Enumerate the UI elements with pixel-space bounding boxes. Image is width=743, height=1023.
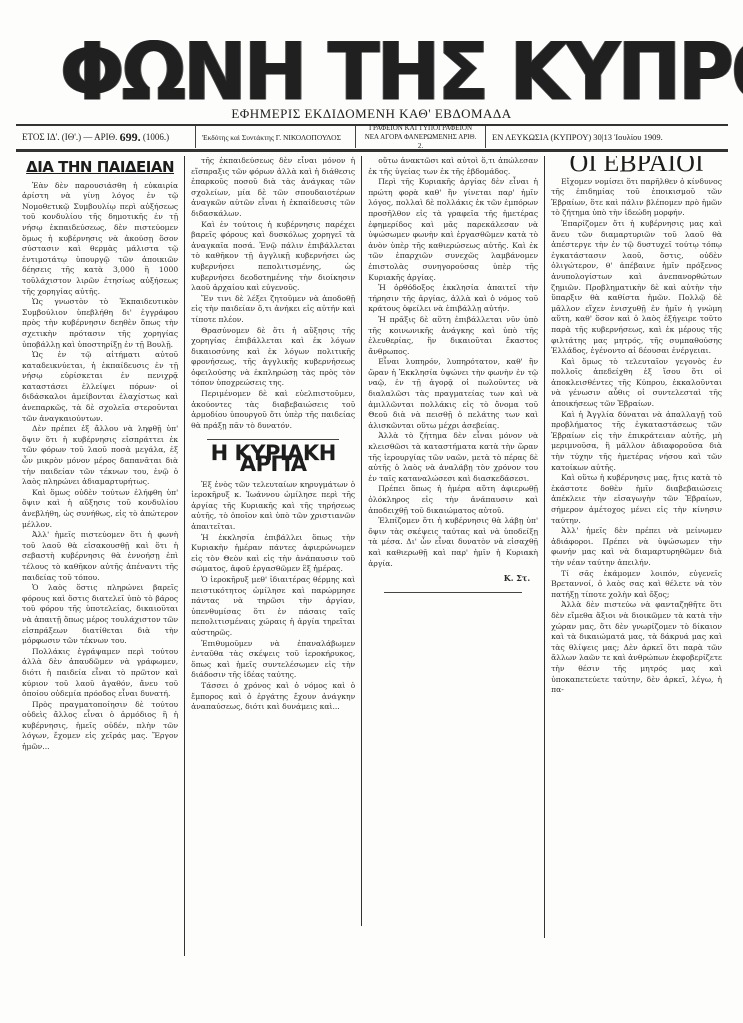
issue-info-bar: ΕΤΟΣ ΙΔ'. (ΙΘ'.) — ΑΡΙΘ. 699. (1006.) Ἐκ…	[16, 126, 728, 148]
paragraph: Εἶναι λυπηρόν, λυπηρότατον, καθ' ἣν ὥραν…	[368, 357, 538, 431]
paragraph: Ἐλπίζομεν ὅτι ἡ κυβέρνησις θὰ λάβῃ ὑπ' ὄ…	[368, 516, 538, 569]
column-3: οὕτω ἀνακτῶσι καὶ αὐτοὶ ὅ,τι ἀπώλεσαν ἐκ…	[362, 156, 545, 938]
article-paideia-continued: τῆς ἐκπαιδεύσεως δὲν εἶναι μόνον ἡ εἴσπρ…	[191, 156, 355, 431]
author-signature: Κ. Στ.	[368, 573, 530, 584]
paragraph: Πρὸς πραγματοποίησιν δὲ τούτου οὐδεὶς ἄλ…	[22, 700, 178, 753]
column-europaioi	[560, 156, 728, 1016]
office-line-2: ΝΕΑ ΑΓΟΡΑ ΦΑΝΕΡΩΜΕΝΗΣ ΑΡΙΘ. 2.	[362, 133, 479, 151]
paragraph: Καὶ ἐν τούτοις ἡ κυβέρνησις παρέχει βαρε…	[191, 220, 355, 294]
newspaper-page: ΦΩΝΗ ΤΗΣ ΚΥΠΡΟΥ ΕΦΗΜΕΡΙΣ ΕΚΔΙΔΟΜΕΝΗ ΚΑΘ'…	[0, 0, 743, 1023]
headline-kyriaki-argia: Η ΚΥΡΙΑΚΗ ΑΡΓΙΑ	[191, 448, 355, 469]
office-line-1: ΓΡΑΦΕΙΟΝ ΚΑΙ ΤΥΠΟΓΡΑΦΕΙΟΝ	[369, 124, 472, 133]
paragraph: Ὡς ἐν τῷ αἰτήματι αὐτοῦ καταδεικνύεται, …	[22, 350, 178, 424]
paragraph: Ἀλλ' ἡμεῖς πιστεύομεν ὅτι ἡ φωνὴ τοῦ λαο…	[22, 530, 178, 583]
paragraph: Περὶ τῆς Κυριακῆς ἀργίας δὲν εἶναι ἡ πρώ…	[368, 177, 538, 283]
masthead: ΦΩΝΗ ΤΗΣ ΚΥΠΡΟΥ	[60, 40, 680, 104]
paragraph: Ὁ ἱεροκῆρυξ μεθ' ἰδιαιτέρας θέρμης καὶ π…	[191, 575, 355, 639]
info-bottom-rule	[16, 149, 728, 152]
paragraph: Ἡ ἐκκλησία ἐπιβάλλει ὅπως τὴν Κυριακὴν ἡ…	[191, 533, 355, 575]
office-cell: ΓΡΑΦΕΙΟΝ ΚΑΙ ΤΥΠΟΓΡΑΦΕΙΟΝ ΝΕΑ ΑΓΟΡΑ ΦΑΝΕ…	[356, 126, 486, 148]
column-2: τῆς ἐκπαιδεύσεως δὲν εἶναι μόνον ἡ εἴσπρ…	[185, 156, 362, 926]
paragraph: Τάσσει ὁ χρόνος καὶ ὁ νόμος καὶ ὁ ἔμπορο…	[191, 681, 355, 713]
paragraph: Ἐξ ἑνὸς τῶν τελευταίων κηρυγμάτων ὁ ἱερο…	[191, 480, 355, 533]
paragraph: Δὲν πρέπει ἐξ ἄλλου νὰ ληφθῇ ὑπ' ὄψιν ὅτ…	[22, 424, 178, 488]
paragraph: Ἐὰν δὲν παρουσιάσθη ἡ εὐκαιρία ἀρίστη νὰ…	[22, 181, 178, 298]
paragraph: Ἔν τινι δὲ λέξει ζητοῦμεν νὰ ἀποδοθῇ εἰς…	[191, 294, 355, 326]
paragraph: Καὶ ὅμως οὐδὲν τούτων ἐλήφθη ὑπ' ὄψιν κα…	[22, 488, 178, 530]
paragraph: Ἡ ὀρθόδοξος ἐκκλησία ἀπαιτεῖ τὴν τήρησιν…	[368, 283, 538, 315]
editor-name: Ἐκδότης καὶ Συντάκτης Γ. ΝΙΚΟΛΟΠΟΥΛΟΣ	[202, 133, 341, 142]
paragraph: οὕτω ἀνακτῶσι καὶ αὐτοὶ ὅ,τι ἀπώλεσαν ἐκ…	[368, 156, 538, 177]
paragraph: Ἀλλὰ τὸ ζήτημα δὲν εἶναι μόνον νὰ κλεισθ…	[368, 431, 538, 484]
paragraph: Ὡς γνωστὸν τὸ Ἐκπαιδευτικὸν Συμβούλιον ὑ…	[22, 297, 178, 350]
issue-year: ΕΤΟΣ ΙΔ'. (ΙΘ'.) — ΑΡΙΘ.	[22, 132, 117, 142]
paragraph: Ἐπιθυμοῦμεν νὰ ἐπαναλάβωμεν ἐνταῦθα τὰς …	[191, 639, 355, 681]
end-rule	[384, 592, 522, 593]
article-divider	[207, 439, 339, 440]
newspaper-title: ΦΩΝΗ ΤΗΣ ΚΥΠΡΟΥ	[60, 38, 680, 105]
paragraph: τῆς ἐκπαιδεύσεως δὲν εἶναι μόνον ἡ εἴσπρ…	[191, 156, 355, 220]
issue-date: ΕΝ ΛΕΥΚΩΣΙΑ (ΚΥΠΡΟΥ) 30|13 Ἰουλίου 1909.	[492, 132, 663, 142]
article-paideia-body: Ἐὰν δὲν παρουσιάσθη ἡ εὐκαιρία ἀρίστη νὰ…	[22, 181, 178, 753]
article-argia-body: Ἐξ ἑνὸς τῶν τελευταίων κηρυγμάτων ὁ ἱερο…	[191, 480, 355, 713]
column-1: ΔΙΑ ΤΗΝ ΠΑΙΔΕΙΑΝ Ἐὰν δὲν παρουσιάσθη ἡ ε…	[16, 156, 185, 956]
issue-year-cell: ΕΤΟΣ ΙΔ'. (ΙΘ'.) — ΑΡΙΘ. 699. (1006.)	[16, 126, 196, 148]
paragraph: Ἡ πρᾶξις δὲ αὕτη ἐπιβάλλεται νῦν ὑπὸ τῆς…	[368, 315, 538, 357]
paragraph: Περιμένομεν δὲ καὶ εὐελπιστοῦμεν, ἀκούον…	[191, 389, 355, 431]
headline-paideia: ΔΙΑ ΤΗΝ ΠΑΙΔΕΙΑΝ	[22, 162, 178, 173]
editor-cell: Ἐκδότης καὶ Συντάκτης Γ. ΝΙΚΟΛΟΠΟΥΛΟΣ	[196, 126, 356, 148]
issue-number: 699.	[120, 130, 141, 145]
date-cell: ΕΝ ΛΕΥΚΩΣΙΑ (ΚΥΠΡΟΥ) 30|13 Ἰουλίου 1909.	[486, 126, 728, 148]
paragraph: Πολλάκις ἐγράψαμεν περὶ τούτου ἀλλὰ δὲν …	[22, 647, 178, 700]
paragraph: Θρασύνομεν δὲ ὅτι ἡ αὔξησις τῆς χορηγίας…	[191, 326, 355, 390]
issue-cumulative: (1006.)	[143, 132, 169, 142]
newspaper-subtitle: ΕΦΗΜΕΡΙΣ ΕΚΔΙΔΟΜΕΝΗ ΚΑΘ' ΕΒΔΟΜΑΔΑ	[0, 106, 743, 122]
paragraph: Πρέπει ὅπως ἡ ἡμέρα αὕτη ἀφιερωθῇ ὁλόκλη…	[368, 484, 538, 516]
paragraph: Ὁ λαὸς ὅστις πληρώνει βαρεῖς φόρους καὶ …	[22, 583, 178, 647]
